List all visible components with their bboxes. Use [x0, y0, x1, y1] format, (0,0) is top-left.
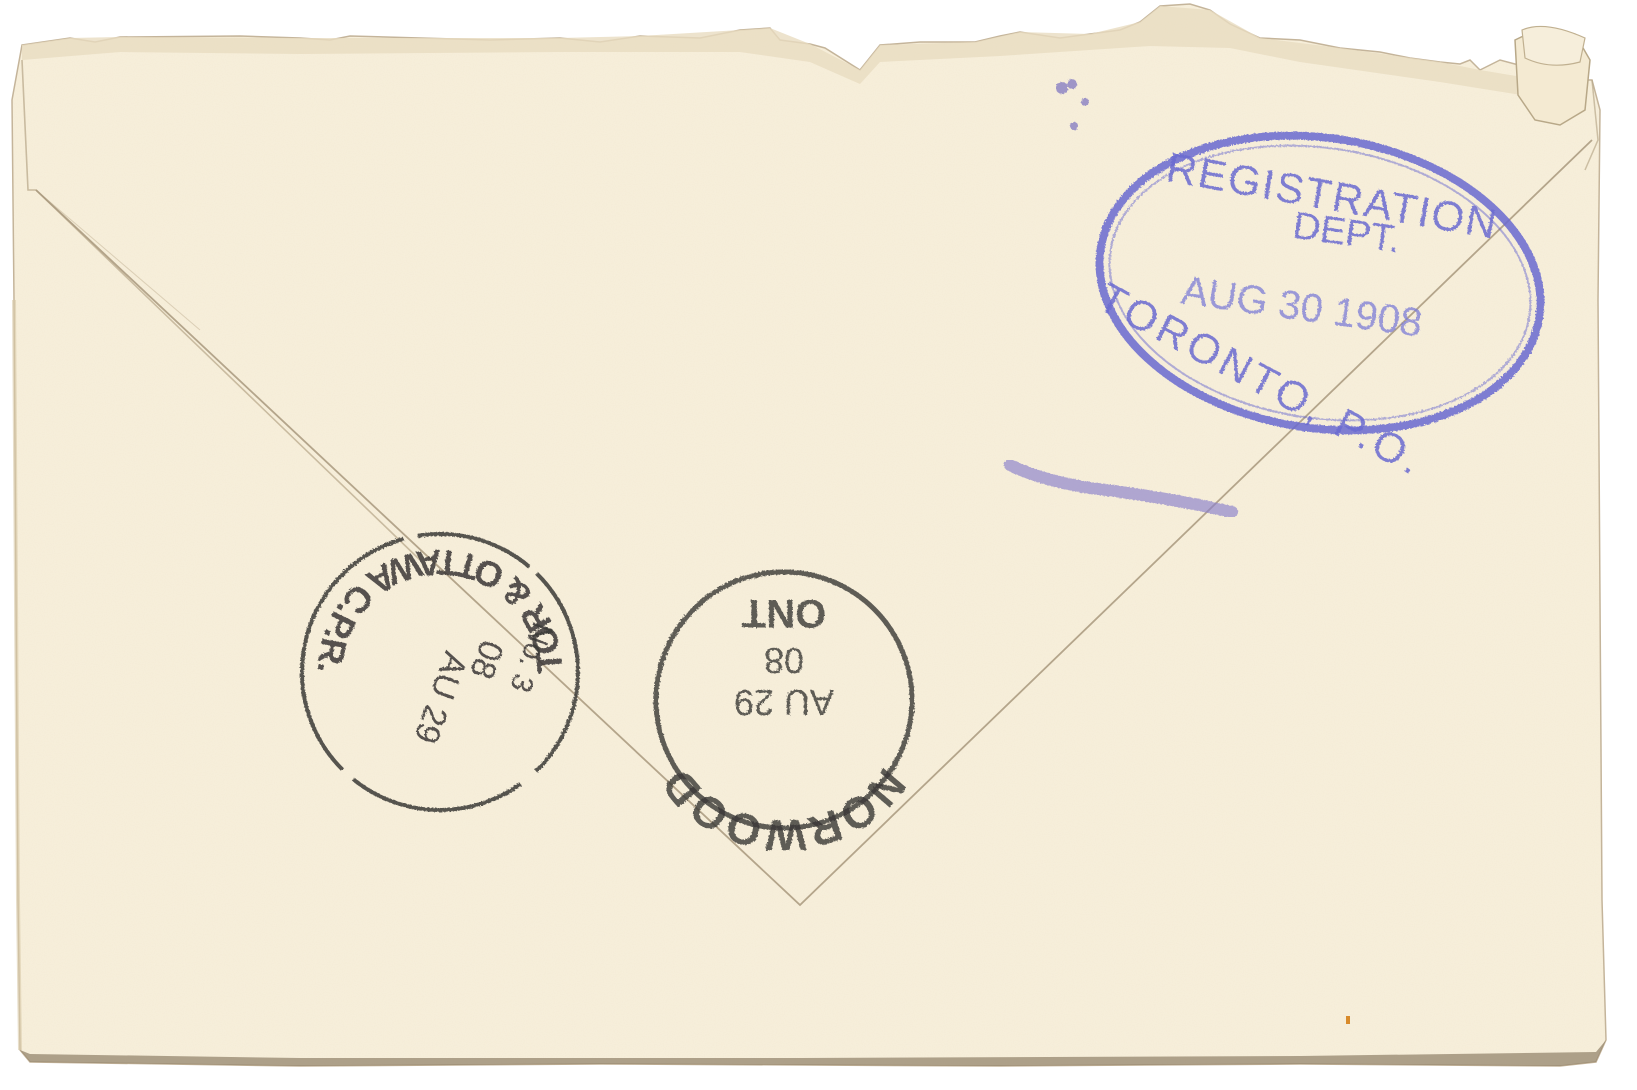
envelope-scene: REGISTRATION DEPT. AUG 30 1908 TORONTO, …: [0, 0, 1637, 1090]
paper-spot: [1346, 1016, 1350, 1024]
norwood-date: AU 29: [734, 682, 834, 723]
envelope: [12, 4, 1606, 1066]
norwood-year: 08: [764, 640, 804, 681]
norwood-province: ONT: [742, 591, 826, 635]
